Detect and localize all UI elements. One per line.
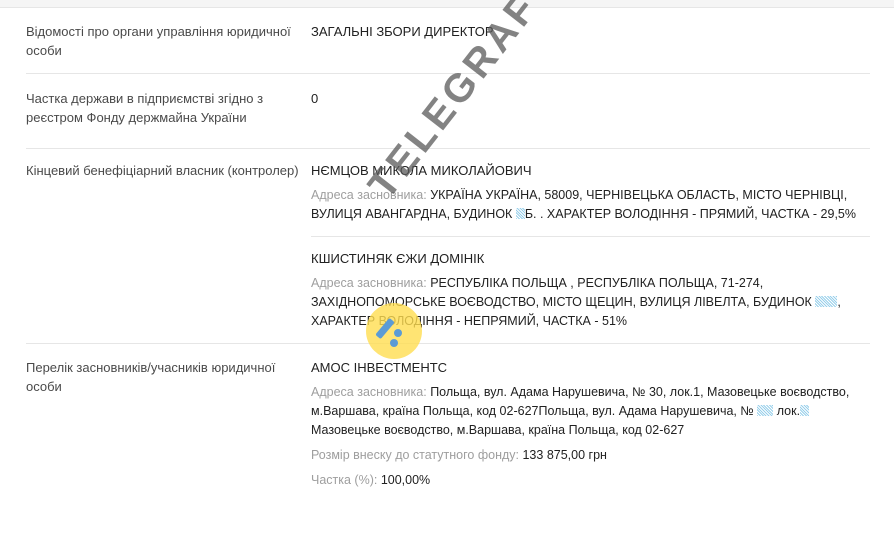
beneficiary-entry: НЄМЦОВ МИКОЛА МИКОЛАЙОВИЧ Адреса засновн…	[311, 161, 870, 236]
redacted-block	[757, 405, 773, 416]
contribution-value: 133 875,00 грн	[522, 448, 606, 462]
beneficiary-address: Адреса засновника: УКРАЇНА УКРАЇНА, 5800…	[311, 186, 870, 224]
top-divider-strip	[0, 0, 894, 8]
row-founders: Перелік засновників/учасників юридичної …	[26, 344, 870, 502]
row-management-bodies: Відомості про органи управління юридично…	[26, 8, 870, 74]
beneficiary-address: Адреса засновника: РЕСПУБЛІКА ПОЛЬЩА , Р…	[311, 274, 870, 331]
address-text-end: Мазовецьке воєводство, м.Варшава, країна…	[311, 423, 684, 437]
row-value: 0	[311, 89, 870, 148]
redacted-block	[516, 208, 525, 219]
beneficiary-entry: КШИСТИНЯК ЄЖИ ДОМІНІК Адреса засновника:…	[311, 236, 870, 343]
address-label: Адреса засновника:	[311, 276, 427, 290]
beneficiary-list: НЄМЦОВ МИКОЛА МИКОЛАЙОВИЧ Адреса засновн…	[311, 161, 870, 343]
row-label: Кінцевий бенефіціарний власник (контроле…	[26, 161, 311, 343]
contribution-info: Розмір внеску до статутного фонду: 133 8…	[311, 446, 870, 465]
row-label: Перелік засновників/учасників юридичної …	[26, 358, 311, 502]
row-beneficial-owners: Кінцевий бенефіціарний власник (контроле…	[26, 149, 870, 344]
share-value: 100,00%	[381, 473, 430, 487]
beneficiary-name: КШИСТИНЯК ЄЖИ ДОМІНІК	[311, 249, 870, 268]
row-label: Відомості про органи управління юридично…	[26, 22, 311, 73]
address-text-cont: лок.	[777, 404, 800, 418]
founder-address: Адреса засновника: Польща, вул. Адама На…	[311, 383, 870, 440]
company-details-table: Відомості про органи управління юридично…	[26, 8, 870, 502]
row-value: ЗАГАЛЬНІ ЗБОРИ ДИРЕКТОР	[311, 22, 870, 73]
share-label: Частка (%):	[311, 473, 377, 487]
redacted-block	[800, 405, 809, 416]
redacted-block	[815, 296, 837, 307]
beneficiary-name: НЄМЦОВ МИКОЛА МИКОЛАЙОВИЧ	[311, 161, 870, 180]
address-label: Адреса засновника:	[311, 385, 427, 399]
address-text-cont: Б. . ХАРАКТЕР ВОЛОДІННЯ - ПРЯМИЙ, ЧАСТКА…	[525, 207, 856, 221]
founder-entry: АМОС ІНВЕСТМЕНТС Адреса засновника: Поль…	[311, 358, 870, 502]
founder-name: АМОС ІНВЕСТМЕНТС	[311, 358, 870, 377]
contribution-label: Розмір внеску до статутного фонду:	[311, 448, 519, 462]
row-label: Частка держави в підприємстві згідно з р…	[26, 89, 311, 148]
address-label: Адреса засновника:	[311, 188, 427, 202]
share-info: Частка (%): 100,00%	[311, 471, 870, 490]
founder-list: АМОС ІНВЕСТМЕНТС Адреса засновника: Поль…	[311, 358, 870, 502]
row-state-share: Частка держави в підприємстві згідно з р…	[26, 74, 870, 149]
